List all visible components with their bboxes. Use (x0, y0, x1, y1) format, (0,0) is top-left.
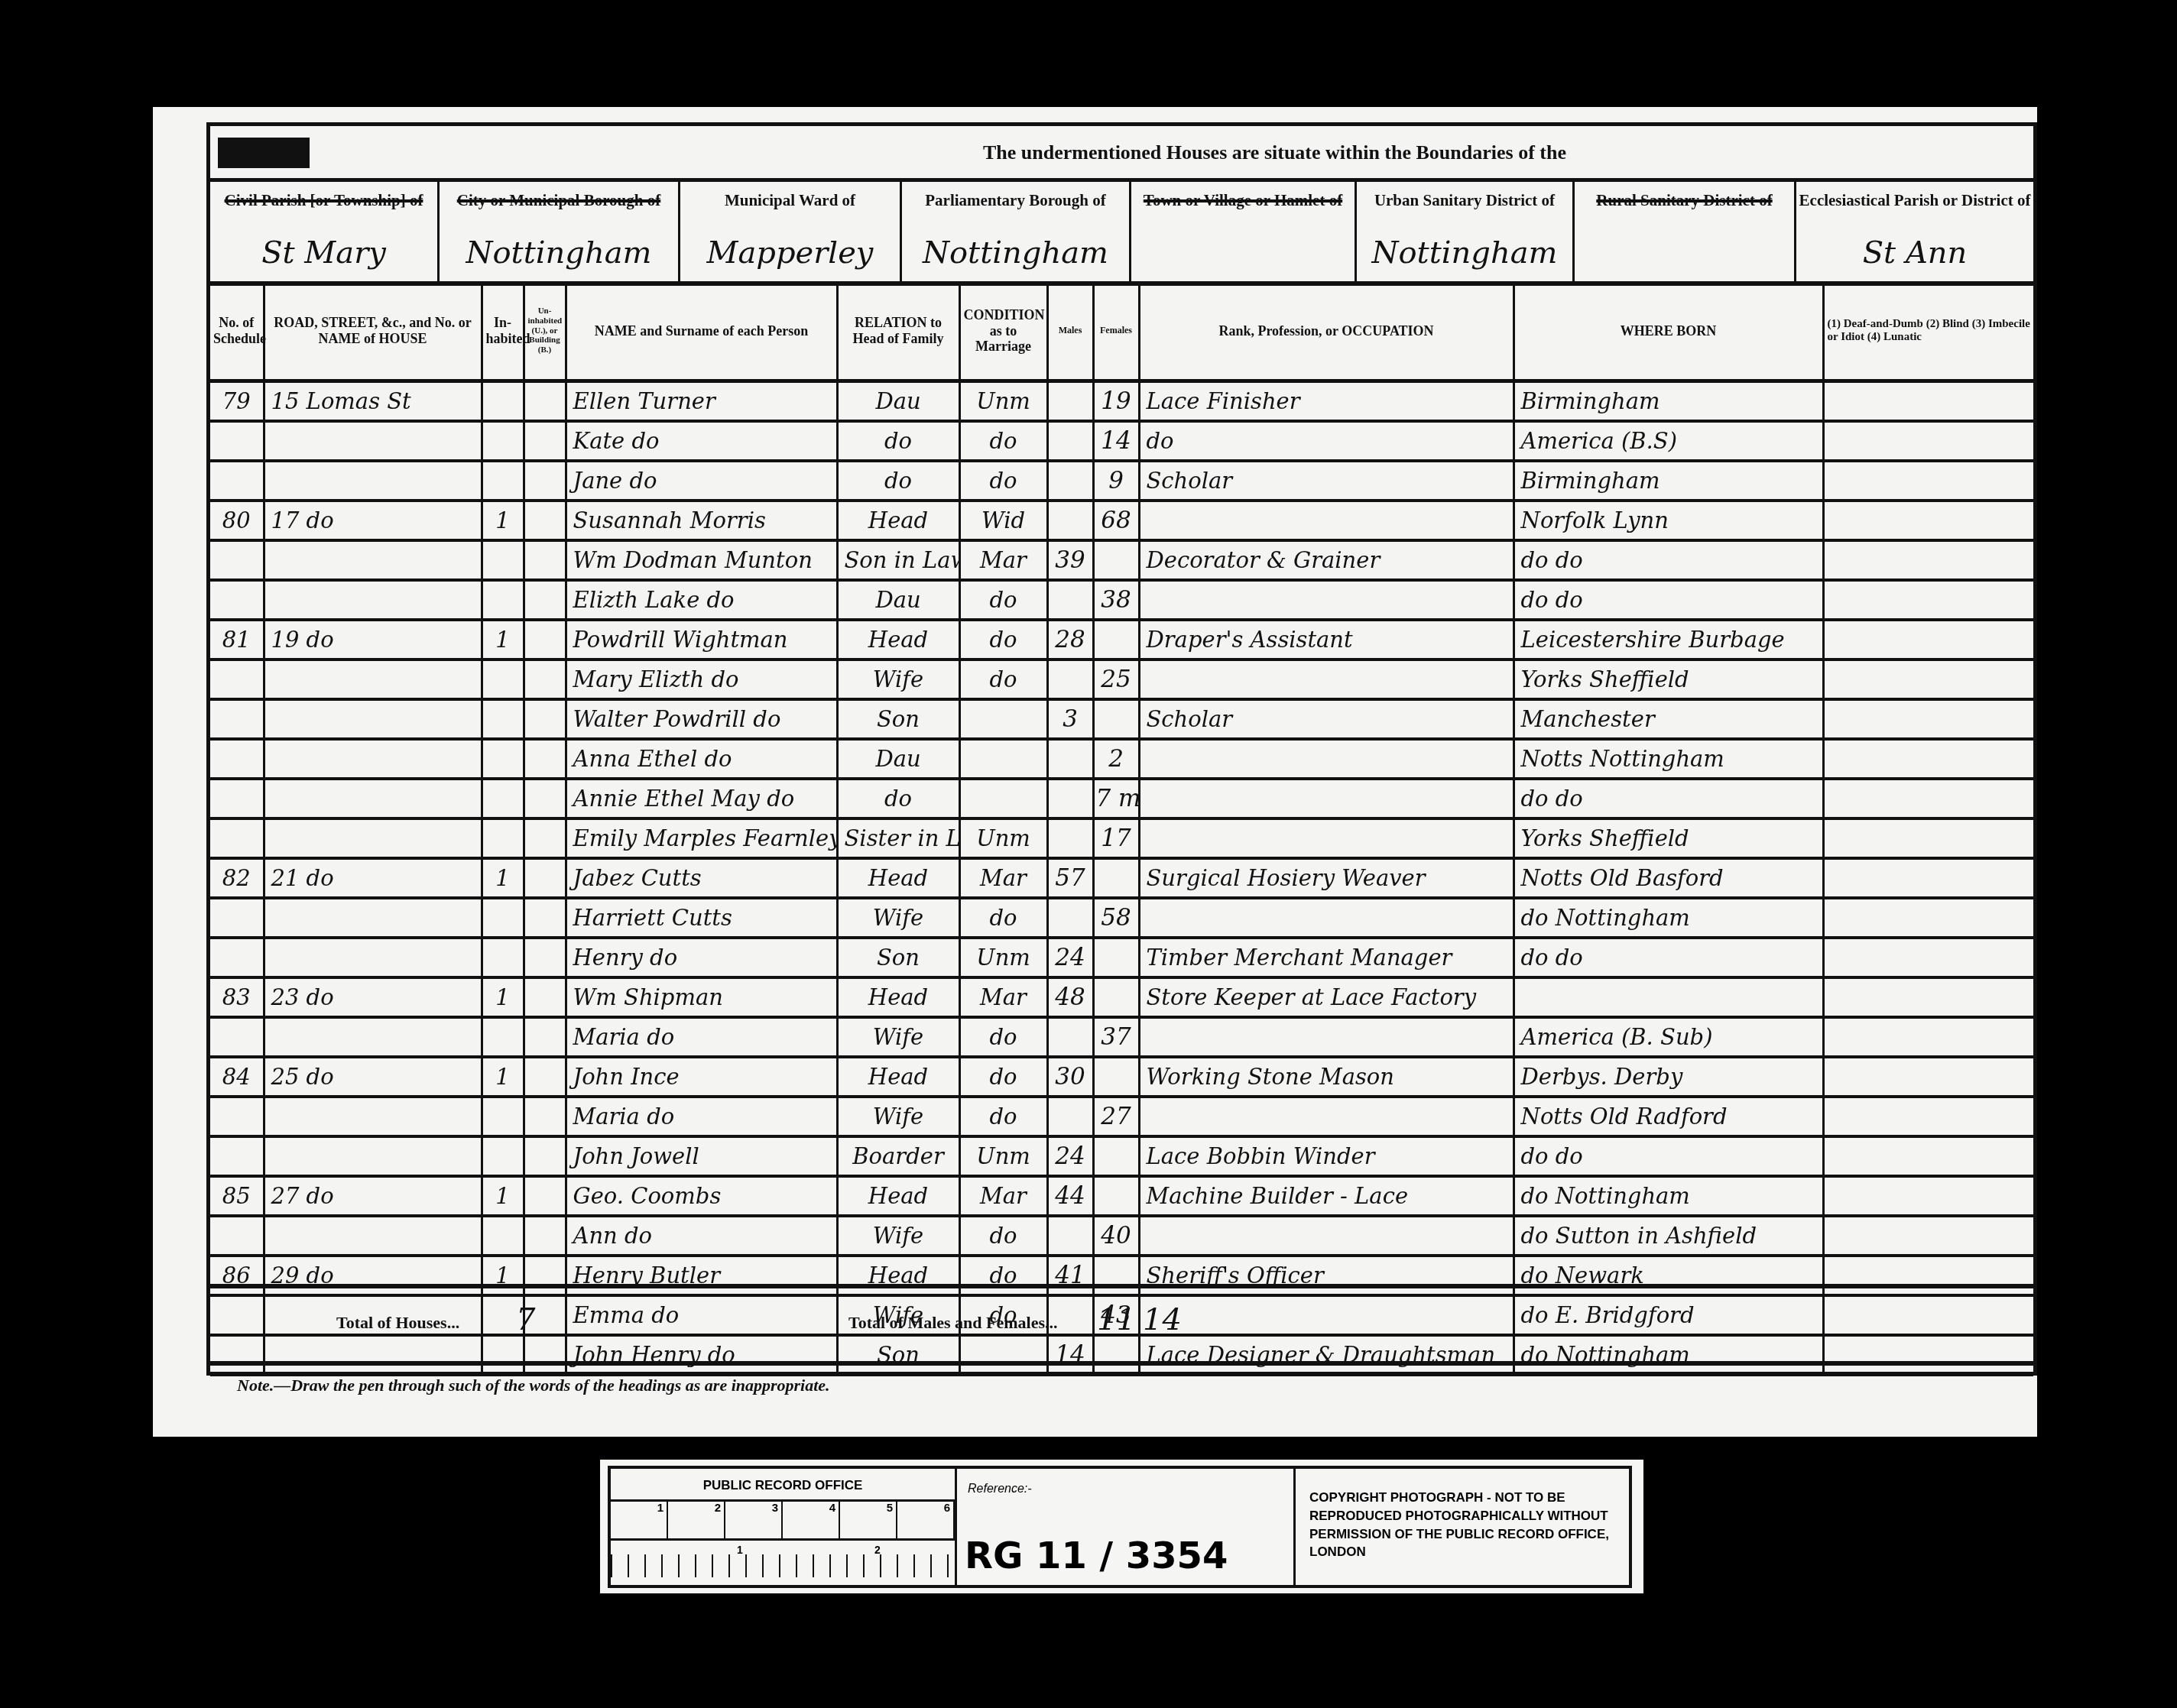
total-males-value: 11 (1097, 1302, 1136, 1337)
census-table: No. of Schedule ROAD, STREET, &c., and N… (210, 283, 2033, 1376)
cell-uninhabited (524, 421, 566, 461)
cell-where-born: do do (1514, 1136, 1823, 1176)
cell-inhabited (482, 818, 524, 858)
table-row: Wm Dodman MuntonSon in LawMar39Decorator… (210, 540, 2033, 580)
cell-relation: Wife (837, 1097, 959, 1136)
cell-condition (959, 699, 1047, 739)
cell-male-age (1047, 1017, 1093, 1057)
district-ward: Municipal Ward of Mapperley (680, 182, 902, 281)
col-name: NAME and Surname of each Person (566, 283, 837, 381)
pro-office-title: PUBLIC RECORD OFFICE (611, 1469, 955, 1502)
cell-inhabited (482, 461, 524, 501)
cell-uninhabited (524, 1136, 566, 1176)
table-row: 7915 Lomas StEllen TurnerDauUnm19Lace Fi… (210, 381, 2033, 422)
cell-female-age: 2 (1093, 739, 1139, 779)
cell-female-age: 17 (1093, 818, 1139, 858)
cell-name: Kate do (566, 421, 837, 461)
cell-female-age: 27 (1093, 1097, 1139, 1136)
cell-female-age (1093, 938, 1139, 977)
cell-address (264, 1216, 482, 1256)
page-title: The undermentioned Houses are situate wi… (210, 141, 2033, 164)
cell-relation: Son (837, 699, 959, 739)
cell-occupation: do (1139, 421, 1514, 461)
table-row: Elizth Lake doDaudo38do do (210, 580, 2033, 620)
cell-schedule: 83 (210, 977, 264, 1017)
cell-female-age: 37 (1093, 1017, 1139, 1057)
cell-where-born: Yorks Sheffield (1514, 818, 1823, 858)
cell-address (264, 818, 482, 858)
cell-uninhabited (524, 620, 566, 660)
cell-relation: Head (837, 620, 959, 660)
cell-female-age (1093, 540, 1139, 580)
cell-occupation (1139, 1216, 1514, 1256)
cell-relation: Wife (837, 1216, 959, 1256)
cell-relation: Wife (837, 1017, 959, 1057)
cell-name: Walter Powdrill do (566, 699, 837, 739)
cell-where-born: do do (1514, 540, 1823, 580)
col-relation: RELATION to Head of Family (837, 283, 959, 381)
cell-where-born: do Nottingham (1514, 1176, 1823, 1216)
total-houses-label: Total of Houses... (336, 1313, 459, 1333)
cell-where-born (1514, 977, 1823, 1017)
cell-where-born: Notts Nottingham (1514, 739, 1823, 779)
cell-inhabited (482, 1097, 524, 1136)
table-row: 8323 do1Wm ShipmanHeadMar48Store Keeper … (210, 977, 2033, 1017)
cell-infirmity (1823, 1017, 2033, 1057)
cell-condition: do (959, 1057, 1047, 1097)
cell-inhabited (482, 381, 524, 422)
cell-female-age: 7 mo (1093, 779, 1139, 818)
cell-inhabited (482, 699, 524, 739)
cell-infirmity (1823, 898, 2033, 938)
cell-uninhabited (524, 977, 566, 1017)
cell-female-age: 58 (1093, 898, 1139, 938)
cell-schedule (210, 1216, 264, 1256)
table-row: 8527 do1Geo. CoombsHeadMar44Machine Buil… (210, 1176, 2033, 1216)
cell-female-age (1093, 1057, 1139, 1097)
cell-name: Maria do (566, 1097, 837, 1136)
cell-schedule (210, 699, 264, 739)
cell-female-age: 19 (1093, 381, 1139, 422)
cell-infirmity (1823, 938, 2033, 977)
copyright-notice: COPYRIGHT PHOTOGRAPH - NOT TO BE REPRODU… (1296, 1469, 1629, 1585)
cell-uninhabited (524, 461, 566, 501)
cell-inhabited (482, 1136, 524, 1176)
cell-condition: Unm (959, 1136, 1047, 1176)
cell-uninhabited (524, 660, 566, 699)
cell-condition: Unm (959, 818, 1047, 858)
col-condition: CONDITION as to Marriage (959, 283, 1047, 381)
cell-male-age (1047, 818, 1093, 858)
cell-occupation (1139, 898, 1514, 938)
cell-female-age (1093, 977, 1139, 1017)
cell-where-born: Birmingham (1514, 461, 1823, 501)
pro-label: PUBLIC RECORD OFFICE 1 2 3 4 5 6 1 2 Ref… (600, 1460, 1643, 1593)
cell-male-age: 3 (1047, 699, 1093, 739)
cell-schedule: 84 (210, 1057, 264, 1097)
cell-schedule (210, 1017, 264, 1057)
district-parliamentary: Parliamentary Borough of Nottingham (902, 182, 1131, 281)
cell-female-age: 38 (1093, 580, 1139, 620)
cell-address (264, 660, 482, 699)
cell-where-born: do Nottingham (1514, 898, 1823, 938)
district-town: Town or Village or Hamlet of (1131, 182, 1357, 281)
cell-name: Maria do (566, 1017, 837, 1057)
cell-relation: Head (837, 1057, 959, 1097)
cell-address: 17 do (264, 501, 482, 540)
cell-where-born: Notts Old Radford (1514, 1097, 1823, 1136)
cell-male-age (1047, 580, 1093, 620)
cell-infirmity (1823, 501, 2033, 540)
cell-where-born: Manchester (1514, 699, 1823, 739)
cell-condition: do (959, 620, 1047, 660)
cell-inhabited: 1 (482, 858, 524, 898)
cell-inhabited (482, 421, 524, 461)
cell-schedule (210, 739, 264, 779)
cell-condition: Mar (959, 977, 1047, 1017)
cell-schedule (210, 461, 264, 501)
cell-condition: do (959, 461, 1047, 501)
table-row: 8425 do1John InceHeaddo30Working Stone M… (210, 1057, 2033, 1097)
cell-relation: Son in Law (837, 540, 959, 580)
col-males: Males (1047, 283, 1093, 381)
cell-uninhabited (524, 1017, 566, 1057)
cell-male-age (1047, 898, 1093, 938)
cell-infirmity (1823, 1136, 2033, 1176)
cell-male-age (1047, 1216, 1093, 1256)
cell-male-age (1047, 660, 1093, 699)
cell-schedule (210, 818, 264, 858)
cell-name: Wm Dodman Munton (566, 540, 837, 580)
cell-address: 15 Lomas St (264, 381, 482, 422)
cell-where-born: Birmingham (1514, 381, 1823, 422)
cell-female-age: 40 (1093, 1216, 1139, 1256)
cell-address (264, 580, 482, 620)
cell-uninhabited (524, 1057, 566, 1097)
cell-address (264, 1017, 482, 1057)
table-row: Henry doSonUnm24Timber Merchant Managerd… (210, 938, 2033, 977)
cell-inhabited (482, 1216, 524, 1256)
cell-schedule (210, 580, 264, 620)
cell-infirmity (1823, 540, 2033, 580)
cell-relation: Wife (837, 898, 959, 938)
cell-where-born: America (B. Sub) (1514, 1017, 1823, 1057)
total-persons-label: Total of Males and Females... (848, 1313, 1058, 1333)
table-row: 8119 do1Powdrill WightmanHeaddo28Draper'… (210, 620, 2033, 660)
cell-schedule (210, 779, 264, 818)
district-borough: City or Municipal Borough of Nottingham (440, 182, 680, 281)
table-header-row: No. of Schedule ROAD, STREET, &c., and N… (210, 283, 2033, 381)
cell-address (264, 898, 482, 938)
cell-name: Mary Elizth do (566, 660, 837, 699)
total-females-value: 14 (1143, 1302, 1182, 1337)
totals-row: Total of Houses... 7 Total of Males and … (210, 1284, 2033, 1366)
cell-name: Ann do (566, 1216, 837, 1256)
cell-address: 25 do (264, 1057, 482, 1097)
cell-infirmity (1823, 699, 2033, 739)
cell-uninhabited (524, 1097, 566, 1136)
cell-where-born: do do (1514, 938, 1823, 977)
cell-uninhabited (524, 381, 566, 422)
cell-name: John Ince (566, 1057, 837, 1097)
cell-male-age (1047, 381, 1093, 422)
cell-uninhabited (524, 501, 566, 540)
cell-male-age: 39 (1047, 540, 1093, 580)
cell-schedule (210, 660, 264, 699)
cell-infirmity (1823, 1057, 2033, 1097)
cell-inhabited (482, 580, 524, 620)
census-body: 7915 Lomas StEllen TurnerDauUnm19Lace Fi… (210, 381, 2033, 1376)
instruction-note: Note.—Draw the pen through such of the w… (237, 1376, 830, 1395)
cell-name: Henry do (566, 938, 837, 977)
col-females: Females (1093, 283, 1139, 381)
table-row: Jane dododo9ScholarBirmingham (210, 461, 2033, 501)
cell-relation: Boarder (837, 1136, 959, 1176)
ruler-inch: 1 2 (611, 1541, 955, 1577)
cell-where-born: do Sutton in Ashfield (1514, 1216, 1823, 1256)
cell-male-age (1047, 501, 1093, 540)
cell-condition: do (959, 1017, 1047, 1057)
cell-relation: Dau (837, 381, 959, 422)
cell-address (264, 461, 482, 501)
cell-infirmity (1823, 818, 2033, 858)
cell-male-age (1047, 1097, 1093, 1136)
cell-relation: do (837, 461, 959, 501)
cell-condition: Unm (959, 938, 1047, 977)
cell-relation: Head (837, 1176, 959, 1216)
cell-where-born: do do (1514, 779, 1823, 818)
col-schedule: No. of Schedule (210, 283, 264, 381)
cell-relation: Son (837, 938, 959, 977)
table-row: 8017 do1Susannah MorrisHeadWid68Norfolk … (210, 501, 2033, 540)
cell-occupation: Scholar (1139, 699, 1514, 739)
cell-where-born: Leicestershire Burbage (1514, 620, 1823, 660)
cell-occupation: Scholar (1139, 461, 1514, 501)
cell-relation: Head (837, 858, 959, 898)
cell-occupation: Working Stone Mason (1139, 1057, 1514, 1097)
cell-relation: Head (837, 977, 959, 1017)
cell-infirmity (1823, 620, 2033, 660)
cell-name: Harriett Cutts (566, 898, 837, 938)
cell-male-age: 57 (1047, 858, 1093, 898)
cell-address (264, 699, 482, 739)
col-infirmity: (1) Deaf-and-Dumb (2) Blind (3) Imbecile… (1823, 283, 2033, 381)
cell-inhabited (482, 1017, 524, 1057)
cell-where-born: do do (1514, 580, 1823, 620)
cell-occupation: Draper's Assistant (1139, 620, 1514, 660)
cell-uninhabited (524, 1176, 566, 1216)
cell-occupation: Surgical Hosiery Weaver (1139, 858, 1514, 898)
col-address: ROAD, STREET, &c., and No. or NAME of HO… (264, 283, 482, 381)
table-row: 8221 do1Jabez CuttsHeadMar57Surgical Hos… (210, 858, 2033, 898)
col-inhabited: In-habited (482, 283, 524, 381)
cell-infirmity (1823, 580, 2033, 620)
cell-uninhabited (524, 1216, 566, 1256)
cell-condition: Mar (959, 540, 1047, 580)
table-row: Kate dododo14doAmerica (B.S) (210, 421, 2033, 461)
cell-condition: do (959, 660, 1047, 699)
cell-female-age: 25 (1093, 660, 1139, 699)
cell-occupation (1139, 739, 1514, 779)
col-where-born: WHERE BORN (1514, 283, 1823, 381)
district-header: Civil Parish [or Township] of St Mary Ci… (210, 178, 2033, 286)
table-row: Maria doWifedo37America (B. Sub) (210, 1017, 2033, 1057)
cell-infirmity (1823, 381, 2033, 422)
cell-inhabited: 1 (482, 1176, 524, 1216)
cell-uninhabited (524, 938, 566, 977)
cell-occupation: Store Keeper at Lace Factory (1139, 977, 1514, 1017)
cell-condition: Mar (959, 858, 1047, 898)
cell-relation: do (837, 779, 959, 818)
cell-name: Wm Shipman (566, 977, 837, 1017)
cell-where-born: Derbys. Derby (1514, 1057, 1823, 1097)
cell-uninhabited (524, 858, 566, 898)
cell-occupation (1139, 1097, 1514, 1136)
cell-relation: do (837, 421, 959, 461)
cell-name: Ellen Turner (566, 381, 837, 422)
cell-schedule: 82 (210, 858, 264, 898)
district-civil-parish: Civil Parish [or Township] of St Mary (210, 182, 440, 281)
cell-name: John Jowell (566, 1136, 837, 1176)
cell-address (264, 739, 482, 779)
cell-infirmity (1823, 1176, 2033, 1216)
census-sheet: The undermentioned Houses are situate wi… (153, 107, 2037, 1437)
cell-condition: do (959, 421, 1047, 461)
cell-infirmity (1823, 461, 2033, 501)
cell-where-born: America (B.S) (1514, 421, 1823, 461)
cell-male-age: 30 (1047, 1057, 1093, 1097)
pro-reference: Reference:- RG 11 / 3354 (957, 1469, 1296, 1585)
cell-uninhabited (524, 898, 566, 938)
cell-occupation: Timber Merchant Manager (1139, 938, 1514, 977)
cell-infirmity (1823, 858, 2033, 898)
total-houses-value: 7 (516, 1302, 535, 1337)
cell-name: Anna Ethel do (566, 739, 837, 779)
cell-address (264, 938, 482, 977)
cell-inhabited: 1 (482, 620, 524, 660)
cell-female-age (1093, 858, 1139, 898)
cell-condition: do (959, 580, 1047, 620)
cell-name: Powdrill Wightman (566, 620, 837, 660)
cell-address: 21 do (264, 858, 482, 898)
cell-schedule (210, 1136, 264, 1176)
table-row: Emily Marples FearnleySister in LawUnm17… (210, 818, 2033, 858)
table-row: John JowellBoarderUnm24Lace Bobbin Winde… (210, 1136, 2033, 1176)
cell-male-age: 24 (1047, 938, 1093, 977)
cell-inhabited (482, 898, 524, 938)
cell-inhabited (482, 779, 524, 818)
cell-infirmity (1823, 1097, 2033, 1136)
cell-condition (959, 739, 1047, 779)
cell-occupation: Decorator & Grainer (1139, 540, 1514, 580)
cell-male-age (1047, 739, 1093, 779)
cell-female-age (1093, 1176, 1139, 1216)
cell-uninhabited (524, 739, 566, 779)
cell-male-age: 44 (1047, 1176, 1093, 1216)
cell-name: Jabez Cutts (566, 858, 837, 898)
cell-infirmity (1823, 739, 2033, 779)
cell-name: Geo. Coombs (566, 1176, 837, 1216)
table-row: Ann doWifedo40do Sutton in Ashfield (210, 1216, 2033, 1256)
cell-male-age (1047, 779, 1093, 818)
cell-name: Emily Marples Fearnley (566, 818, 837, 858)
cell-occupation (1139, 779, 1514, 818)
cell-where-born: Notts Old Basford (1514, 858, 1823, 898)
cell-name: Jane do (566, 461, 837, 501)
cell-female-age (1093, 1136, 1139, 1176)
cell-relation: Sister in Law (837, 818, 959, 858)
cell-schedule (210, 1097, 264, 1136)
cell-male-age: 24 (1047, 1136, 1093, 1176)
cell-relation: Wife (837, 660, 959, 699)
cell-female-age: 68 (1093, 501, 1139, 540)
cell-male-age (1047, 421, 1093, 461)
cell-address (264, 421, 482, 461)
cell-occupation: Machine Builder - Lace (1139, 1176, 1514, 1216)
cell-address: 23 do (264, 977, 482, 1017)
cell-occupation (1139, 501, 1514, 540)
cell-infirmity (1823, 779, 2033, 818)
cell-condition: Wid (959, 501, 1047, 540)
district-urban-sanitary: Urban Sanitary District of Nottingham (1357, 182, 1575, 281)
cell-schedule: 80 (210, 501, 264, 540)
cell-address (264, 1136, 482, 1176)
cell-infirmity (1823, 977, 2033, 1017)
cell-infirmity (1823, 660, 2033, 699)
table-row: Anna Ethel doDau2Notts Nottingham (210, 739, 2033, 779)
cell-inhabited (482, 739, 524, 779)
cell-inhabited (482, 938, 524, 977)
cell-address (264, 1097, 482, 1136)
cell-schedule (210, 898, 264, 938)
cell-name: Elizth Lake do (566, 580, 837, 620)
cell-condition: do (959, 1216, 1047, 1256)
cell-inhabited (482, 660, 524, 699)
cell-infirmity (1823, 421, 2033, 461)
cell-inhabited (482, 540, 524, 580)
table-row: Annie Ethel May dodo7 modo do (210, 779, 2033, 818)
cell-relation: Head (837, 501, 959, 540)
cell-condition: do (959, 1097, 1047, 1136)
cell-relation: Dau (837, 739, 959, 779)
cell-schedule: 85 (210, 1176, 264, 1216)
cell-condition: Mar (959, 1176, 1047, 1216)
cell-address: 19 do (264, 620, 482, 660)
cell-schedule (210, 540, 264, 580)
district-ecclesiastical: Ecclesiastical Parish or District of St … (1796, 182, 2033, 281)
table-row: Walter Powdrill doSon3ScholarManchester (210, 699, 2033, 739)
reference-number: RG 11 / 3354 (965, 1535, 1228, 1577)
cell-address (264, 540, 482, 580)
cell-schedule (210, 938, 264, 977)
pro-scale: PUBLIC RECORD OFFICE 1 2 3 4 5 6 1 2 (611, 1469, 957, 1585)
census-frame: The undermentioned Houses are situate wi… (206, 122, 2037, 1376)
cell-occupation (1139, 1017, 1514, 1057)
col-occupation: Rank, Profession, or OCCUPATION (1139, 283, 1514, 381)
cell-inhabited: 1 (482, 1057, 524, 1097)
cell-inhabited: 1 (482, 501, 524, 540)
cell-uninhabited (524, 779, 566, 818)
cell-relation: Dau (837, 580, 959, 620)
cell-schedule (210, 421, 264, 461)
cell-female-age: 14 (1093, 421, 1139, 461)
table-row: Maria doWifedo27Notts Old Radford (210, 1097, 2033, 1136)
cell-occupation: Lace Bobbin Winder (1139, 1136, 1514, 1176)
cell-uninhabited (524, 540, 566, 580)
cell-schedule: 79 (210, 381, 264, 422)
ruler-cm: 1 2 3 4 5 6 (611, 1502, 955, 1541)
cell-address: 27 do (264, 1176, 482, 1216)
